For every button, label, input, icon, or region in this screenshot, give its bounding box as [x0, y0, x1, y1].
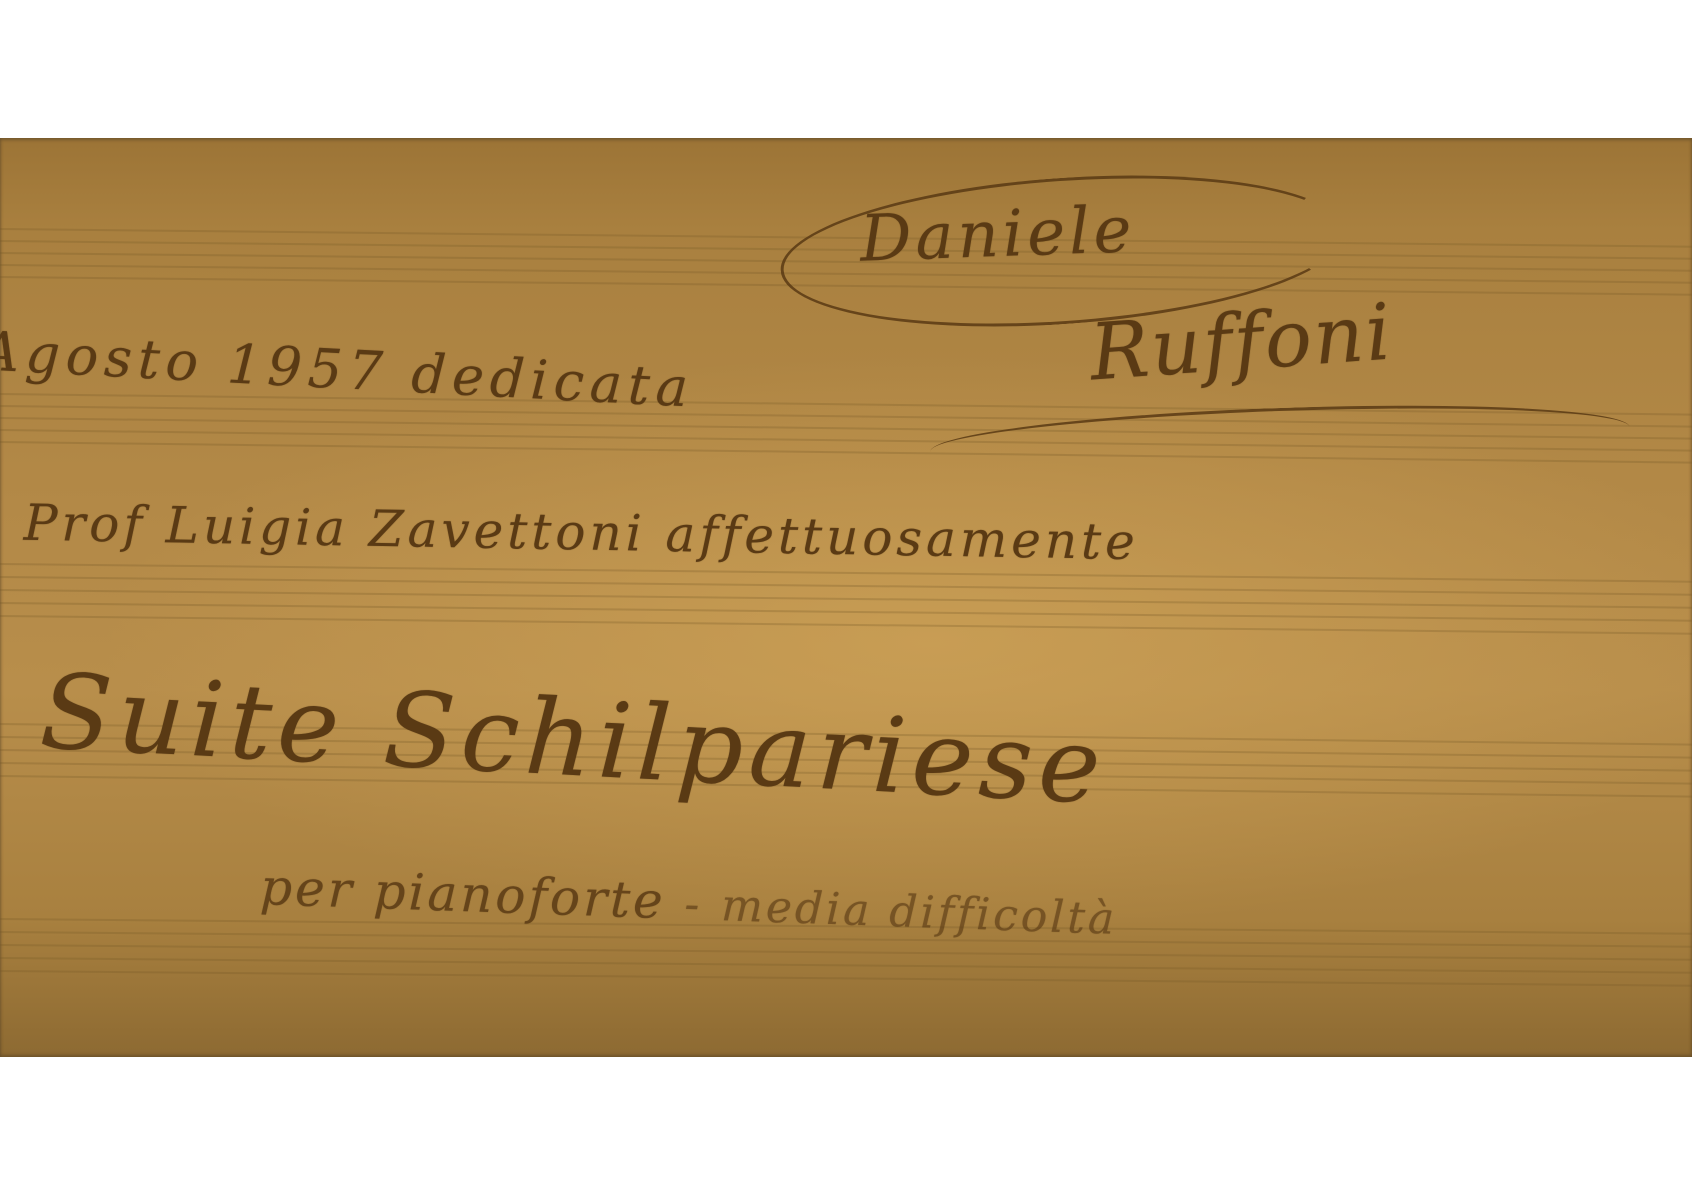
work-title: Suite Schilpariese — [38, 650, 1110, 828]
signature-first-name: Daniele — [859, 193, 1137, 277]
dedication-line: a Prof Luigia Zavettoni affettuosamente — [0, 493, 1139, 571]
staff-lines — [0, 563, 1692, 623]
manuscript-photo: Daniele Ruffoni Agosto 1957 dedicata a P… — [0, 138, 1692, 1057]
subtitle-separator: - — [684, 879, 704, 931]
